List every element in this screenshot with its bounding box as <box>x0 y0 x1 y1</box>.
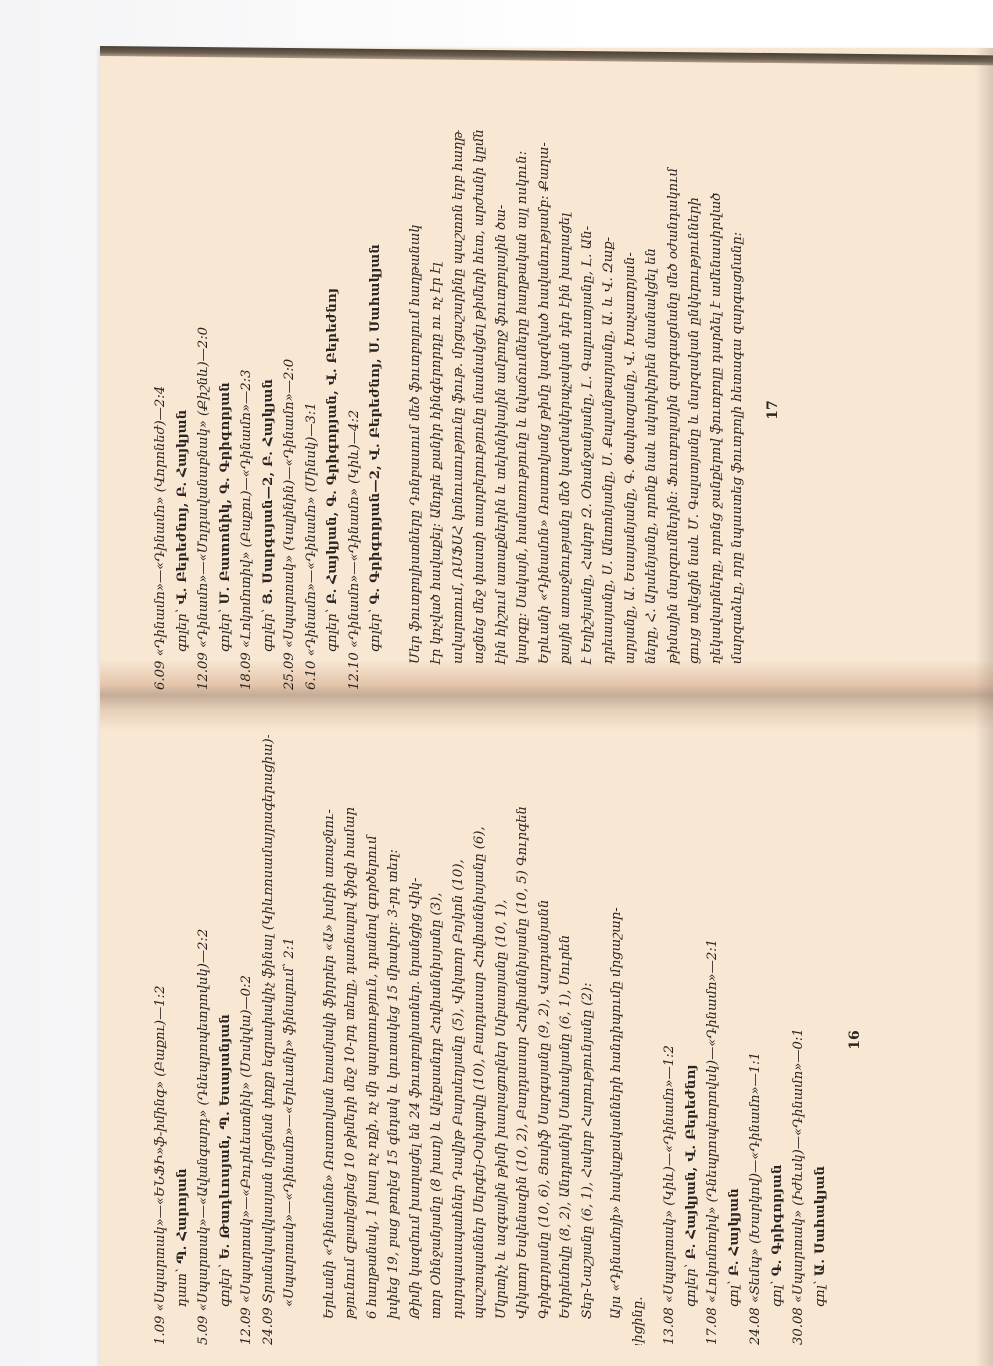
paragraph-line: մարզաձևը, որը նպաստեց ֆուտբոլի հետագա զա… <box>727 130 749 690</box>
scorers-line: գոլեր՝ Ե. Թադևոսյան, Պ. Եսայանյան <box>215 735 237 1345</box>
scorers-names: Գ. Գրիգորյան <box>770 1164 785 1276</box>
scorers-line: գոլ՝ Գ. Գրիգորյան <box>767 735 789 1345</box>
match-date: 12.09 <box>239 1307 254 1345</box>
paragraph-line: էին հիշում ատաքներին և տեխնիկային ամբողջ… <box>491 130 513 690</box>
page-17: 6.09 «Դինամո»—«Դինամո» (Վորոնեժ)—2:4 գոլ… <box>150 130 960 690</box>
scorers-line: գոլեր՝ Գ. Գրիգորյան—2, Վ. Բերեժնոյ, Ս. Ս… <box>365 130 387 690</box>
paragraph-line: ները, Հ. Արսենյանը, որոնք նաև ակտիվորեն … <box>641 130 663 690</box>
match-teams: «Սպարտակ»—«Ավանգարդ» (Դնեպրոպետրովսկ) <box>196 963 211 1311</box>
scorers-label: գոլեր՝ <box>368 609 383 652</box>
scorers-label: դատ՝ <box>175 1268 190 1307</box>
match-date: 25.09 <box>282 652 297 690</box>
scorers-line: գոլեր՝ Մ. Բատոնիկ, Գ. Գրիգորյան <box>215 130 237 690</box>
paragraph-line: ացնեց մեջ փաստի տարբերությունը մասնակցել… <box>469 130 491 690</box>
paragraph-line: թյունում զբաղեցրեց 10 թիմերի մեջ 10-րդ տ… <box>340 735 362 1345</box>
match-score: 2:4 <box>153 386 168 407</box>
match-score: 3:1 <box>304 402 319 423</box>
match-teams: «Լոկոմոտիվ» (Դնեպրոպետրովսկ)—«Դինամո» <box>705 973 720 1303</box>
scorers-names: Ե. Թադևոսյան, Պ. Եսայանյան <box>218 1014 233 1259</box>
paragraph-line: Վիկտոր Եսկենազին (10, 2), Բաղդասար Հովհա… <box>512 735 534 1345</box>
match-teams: «Սպարտակ» (Իժևսկ)—«Դինամո» <box>791 1063 806 1303</box>
scorers-label: գոլեր՝ <box>175 609 190 652</box>
match-teams: «Դինամո»—«Դինամո» (Մինսկ) <box>304 437 319 657</box>
match-teams: «Սպարտակ»—«ԵՆՖԻ»ֆ֊իմինգ» (Բաքու) <box>153 1020 168 1312</box>
scorers-names: Մ. Բատոնիկ, Գ. Գրիգորյան <box>218 382 233 604</box>
scorers-names: Վ. Բերեժնոյ, Բ. Հայկյան <box>175 410 190 605</box>
match-score: 2:1 <box>705 939 720 960</box>
paragraph-line: է Եղիշեյանը, Հակոբ Զ. Օհանջանյանը, Լ. Գա… <box>577 130 599 690</box>
scorers-line: գոլեր՝ Յ. Սարգսյան—2, Բ. Հայկյան <box>258 130 280 690</box>
scorers-label: գոլեր՝ <box>218 1264 233 1307</box>
match-teams: Տրանսկավկասյան մրցման փոքր եզրափակիչ ֆին… <box>261 735 276 1303</box>
paragraph-line: Մեր ֆուտբոլիստները Դոնբասում մեծ ֆուտբոլ… <box>405 130 427 690</box>
match-entry: 17.08 «Լոկոմոտիվ» (Դնեպրոպետրովսկ)—«Դինա… <box>702 735 724 1345</box>
match-teams: «Տեմպ» (Խարկով)—«Դինամո» <box>748 1086 763 1303</box>
scorers-names: Ա. Սահակյան <box>813 1166 828 1276</box>
match-teams: «Սպարտակ»—«Բուրևեստնիկ» (Մոսկվա) <box>239 1010 254 1304</box>
page-16: 1.09 «Սպարտակ»—«ԵՆՖԻ»ֆ֊իմինգ» (Բաքու)—1:… <box>150 735 960 1345</box>
paragraph-line: Երևանի «Դինամոն» Ռոստովյանց թիմը կազմված… <box>534 130 556 690</box>
scorers-names: Բ. Հայկյան, Գ. Գրիգորյան, Վ. Բերեժնոյ <box>325 288 340 604</box>
match-entry: 12.09 «Սպարտակ»—«Բուրևեստնիկ» (Մոսկվա)—0… <box>236 735 258 1345</box>
scorers-label: գոլեր՝ <box>218 609 233 652</box>
match-entry: 13.08 «Սպարտակ» (Կիև)—«Դինամո»—1:2 <box>659 735 681 1345</box>
scorers-line: գոլեր՝ Վ. Բերեժնոյ, Բ. Հայկյան <box>172 130 194 690</box>
match-teams: «Սպարտակ» (Կալինին)—«Դինամո» <box>282 393 297 648</box>
match-entry: 6.10 «Դինամո»—«Դինամո» (Մինսկ)—3:1 <box>301 130 323 690</box>
match-score: 1:1 <box>748 1052 763 1073</box>
match-score: 1:2 <box>153 985 168 1006</box>
match-date: 18.09 <box>239 652 254 690</box>
match-entry: 18.09 «Լոկոմոտիվ» (Բաքու)—«Դինամո»—2:3 <box>236 130 258 690</box>
paragraph-line: 6 հաղթանակ, 1 խաղ ոչ ոքի, ոչ մի պարտությ… <box>362 735 384 1345</box>
paragraph-line: տոր Օհնջանյանը (8 խաղ) և Ալեքսանդր Հովհա… <box>426 735 448 1345</box>
match-entry: 12.09 «Դինամո»—«Մոլդավանաբնակ» (Քիշնև)—2… <box>193 130 215 690</box>
match-teams: «Դինամո»—«Դինամո» (Վորոնեժ) <box>153 420 168 656</box>
match-date: 6.09 <box>153 661 168 690</box>
paragraph-line: Մկրտիչ և ազգային թիմի խաղացողներ Սմբատյա… <box>491 735 513 1345</box>
scorers-label: գոլեր՝ <box>261 609 276 652</box>
match-date: 12.09 <box>196 652 211 690</box>
summary-paragraph: Մեր ֆուտբոլիստները Դոնբասում մեծ ֆուտբոլ… <box>405 130 749 690</box>
match-teams: «Դինամո»—«Դինամո» (Կիև) <box>347 444 362 648</box>
match-date: 24.08 <box>748 1307 763 1345</box>
season-summary-paragraph: Երևանի «Դինամոն» Ռոստովյան եռամյակի ֆիրր… <box>319 735 599 1345</box>
scorers-names: Պ. Հարոյան <box>175 1168 190 1264</box>
match-entry: 6.09 «Դինամո»—«Դինամո» (Վորոնեժ)—2:4 <box>150 130 172 690</box>
scorers-line: գոլ՝ Բ. Հայկյան <box>724 735 746 1345</box>
paragraph-line: Այս «Դինամոյի» հավաքականների հանդիպումը … <box>606 735 628 1345</box>
scorers-line: դատ՝ Պ. Հարոյան <box>172 735 194 1345</box>
scorers-line: գոլեր՝ Բ. Հայկյան, Գ. Գրիգորյան, Վ. Բերե… <box>322 130 344 690</box>
match-entry: 12.10 «Դինամո»—«Դինամո» (Կիև)—4:2 <box>344 130 366 690</box>
scorers-label: գոլ՝ <box>770 1280 785 1307</box>
match-teams: «Սպարտակ» (Կիև)—«Դինամո» <box>662 1079 677 1303</box>
paragraph-line: Տեր-Նաշյանը (6, 1), Հակոբ Հարությունյանը… <box>577 735 599 1345</box>
match-score: 1:2 <box>662 1045 677 1066</box>
match-date: 6.10 <box>304 661 319 690</box>
match-continuation: «Սպարտակ»—«Դինամո»—«Երևանի» ֆինալում՝ 2:… <box>279 735 301 1345</box>
paragraph-line: Գրիգորյանը (10, 6), Յոսիֆ Սարգսյանը (9, … <box>534 735 556 1345</box>
match-entry: 1.09 «Սպարտակ»—«ԵՆՖԻ»ֆ֊իմինգ» (Բաքու)—1:… <box>150 735 172 1345</box>
scorers-names: Գ. Գրիգորյան—2, Վ. Բերեժնոյ, Ս. Սահակյան <box>368 244 383 605</box>
paragraph-line: դրեասյանը, Ս. Անտոնյանը, Ս. Քալանթարյանը… <box>598 130 620 690</box>
match-date: 30.08 <box>791 1307 806 1345</box>
paragraph-line: ջանիցինը. <box>628 735 650 1345</box>
scorers-line: գոլեր՝ Բ. Հայկյան, Վ. Բերեժնոյ <box>681 735 703 1345</box>
scorers-label: գոլեր՝ <box>684 1264 699 1307</box>
match-score: 2:2 <box>196 929 211 950</box>
match-score: 2:0 <box>196 327 211 348</box>
paragraph-line: կարգը։ Սակայն, համառությունը և նվաճումնե… <box>512 130 534 690</box>
match-entry: 5.09 «Սպարտակ»—«Ավանգարդ» (Դնեպրոպետրովս… <box>193 735 215 1345</box>
paragraph-line: ավարտում, ՌՍՖՍՀ կոնուաությունը ֆութ. մրց… <box>448 130 470 690</box>
match-date: 13.08 <box>662 1307 677 1345</box>
paragraph-line: պաշտպաններ Սերգեյ-Օսիպովը (10), Բաղդասար… <box>469 735 491 1345</box>
match-date: 17.08 <box>705 1307 720 1345</box>
match-score: 2:3 <box>239 370 254 391</box>
scorers-line: գոլ՝ Ա. Սահակյան <box>810 735 832 1345</box>
page-number: 17 <box>763 130 785 690</box>
paragraph-line: թիմային մարզումներին։ Ֆուտբոլային զարգաց… <box>663 130 685 690</box>
match-entry: 30.08 «Սպարտակ» (Իժևսկ)—«Դինամո»—0:1 <box>788 735 810 1345</box>
paragraph-line: ցույց տվեցին նաև Մ. Գալստյանը և մարզական… <box>684 130 706 690</box>
match-score: 0:2 <box>239 975 254 996</box>
scorers-names: Յ. Սարգսյան—2, Բ. Հայկյան <box>261 379 276 605</box>
match-score: 4:2 <box>347 410 362 431</box>
match-entry: 24.09 Տրանսկավկասյան մրցման փոքր եզրափակ… <box>258 735 280 1345</box>
paragraph-line: էր կոչված հավաքել։ Անդրե քանիր հինգերորդ… <box>426 130 448 690</box>
scorers-label: գոլեր՝ <box>325 609 340 652</box>
match-teams: «Լոկոմոտիվ» (Բաքու)—«Դինամո» <box>239 404 254 648</box>
match-teams: «Դինամո»—«Մոլդավանաբնակ» (Քիշնև) <box>196 361 211 648</box>
paragraph-line: ղեկավարները, որոնց ջանքերով ֆուտբոլը դար… <box>706 130 728 690</box>
paragraph-line: արյանը, Ա. Եսայանյանը, Գ. Փափազյանը, Վ. … <box>620 130 642 690</box>
paragraph-line: խփեց 19, բաց թողեց 15 գնդակ և կուտակեց 1… <box>383 735 405 1345</box>
paragraph-line: դարպասապահներ Դավիթ Բարսեղյանը (5), Վիկտ… <box>448 735 470 1345</box>
match-date: 12.10 <box>347 652 362 690</box>
paragraph-line: Եփրեմովը (8, 2), Անդրանիկ Սահակյանը (6, … <box>555 735 577 1345</box>
page-number: 16 <box>845 735 867 1345</box>
page-edge-shadow <box>975 48 993 1366</box>
match-score: 0:1 <box>791 1028 806 1049</box>
scorers-label: գոլ՝ <box>813 1280 828 1307</box>
match-date: 5.09 <box>196 1316 211 1345</box>
scorers-names: Բ. Հայկյան, Վ. Բերեժնոյ <box>684 1065 699 1260</box>
match-entry: 25.09 «Սպարտակ» (Կալինին)—«Դինամո»—2:0 <box>279 130 301 690</box>
match-date: 1.09 <box>153 1316 168 1345</box>
match-entry: 24.08 «Տեմպ» (Խարկով)—«Դինամո»—1:1 <box>745 735 767 1345</box>
intro-paragraph: Այս «Դինամոյի» հավաքականների հանդիպումը … <box>606 735 649 1345</box>
match-score: 2:0 <box>282 359 297 380</box>
paragraph-line: Երևանի «Դինամոն» Ռոստովյան եռամյակի ֆիրր… <box>319 735 341 1345</box>
scorers-names: Բ. Հայկյան <box>727 1188 742 1276</box>
match-date: 24.09 <box>261 1307 276 1345</box>
scorers-label: գոլ՝ <box>727 1280 742 1307</box>
paragraph-line: Թիմի կազմում խաղացել են 24 ֆուտբոլիստներ… <box>405 735 427 1345</box>
paragraph-line: քային առաջնությանը մեծ կազմակերպչական դե… <box>555 130 577 690</box>
